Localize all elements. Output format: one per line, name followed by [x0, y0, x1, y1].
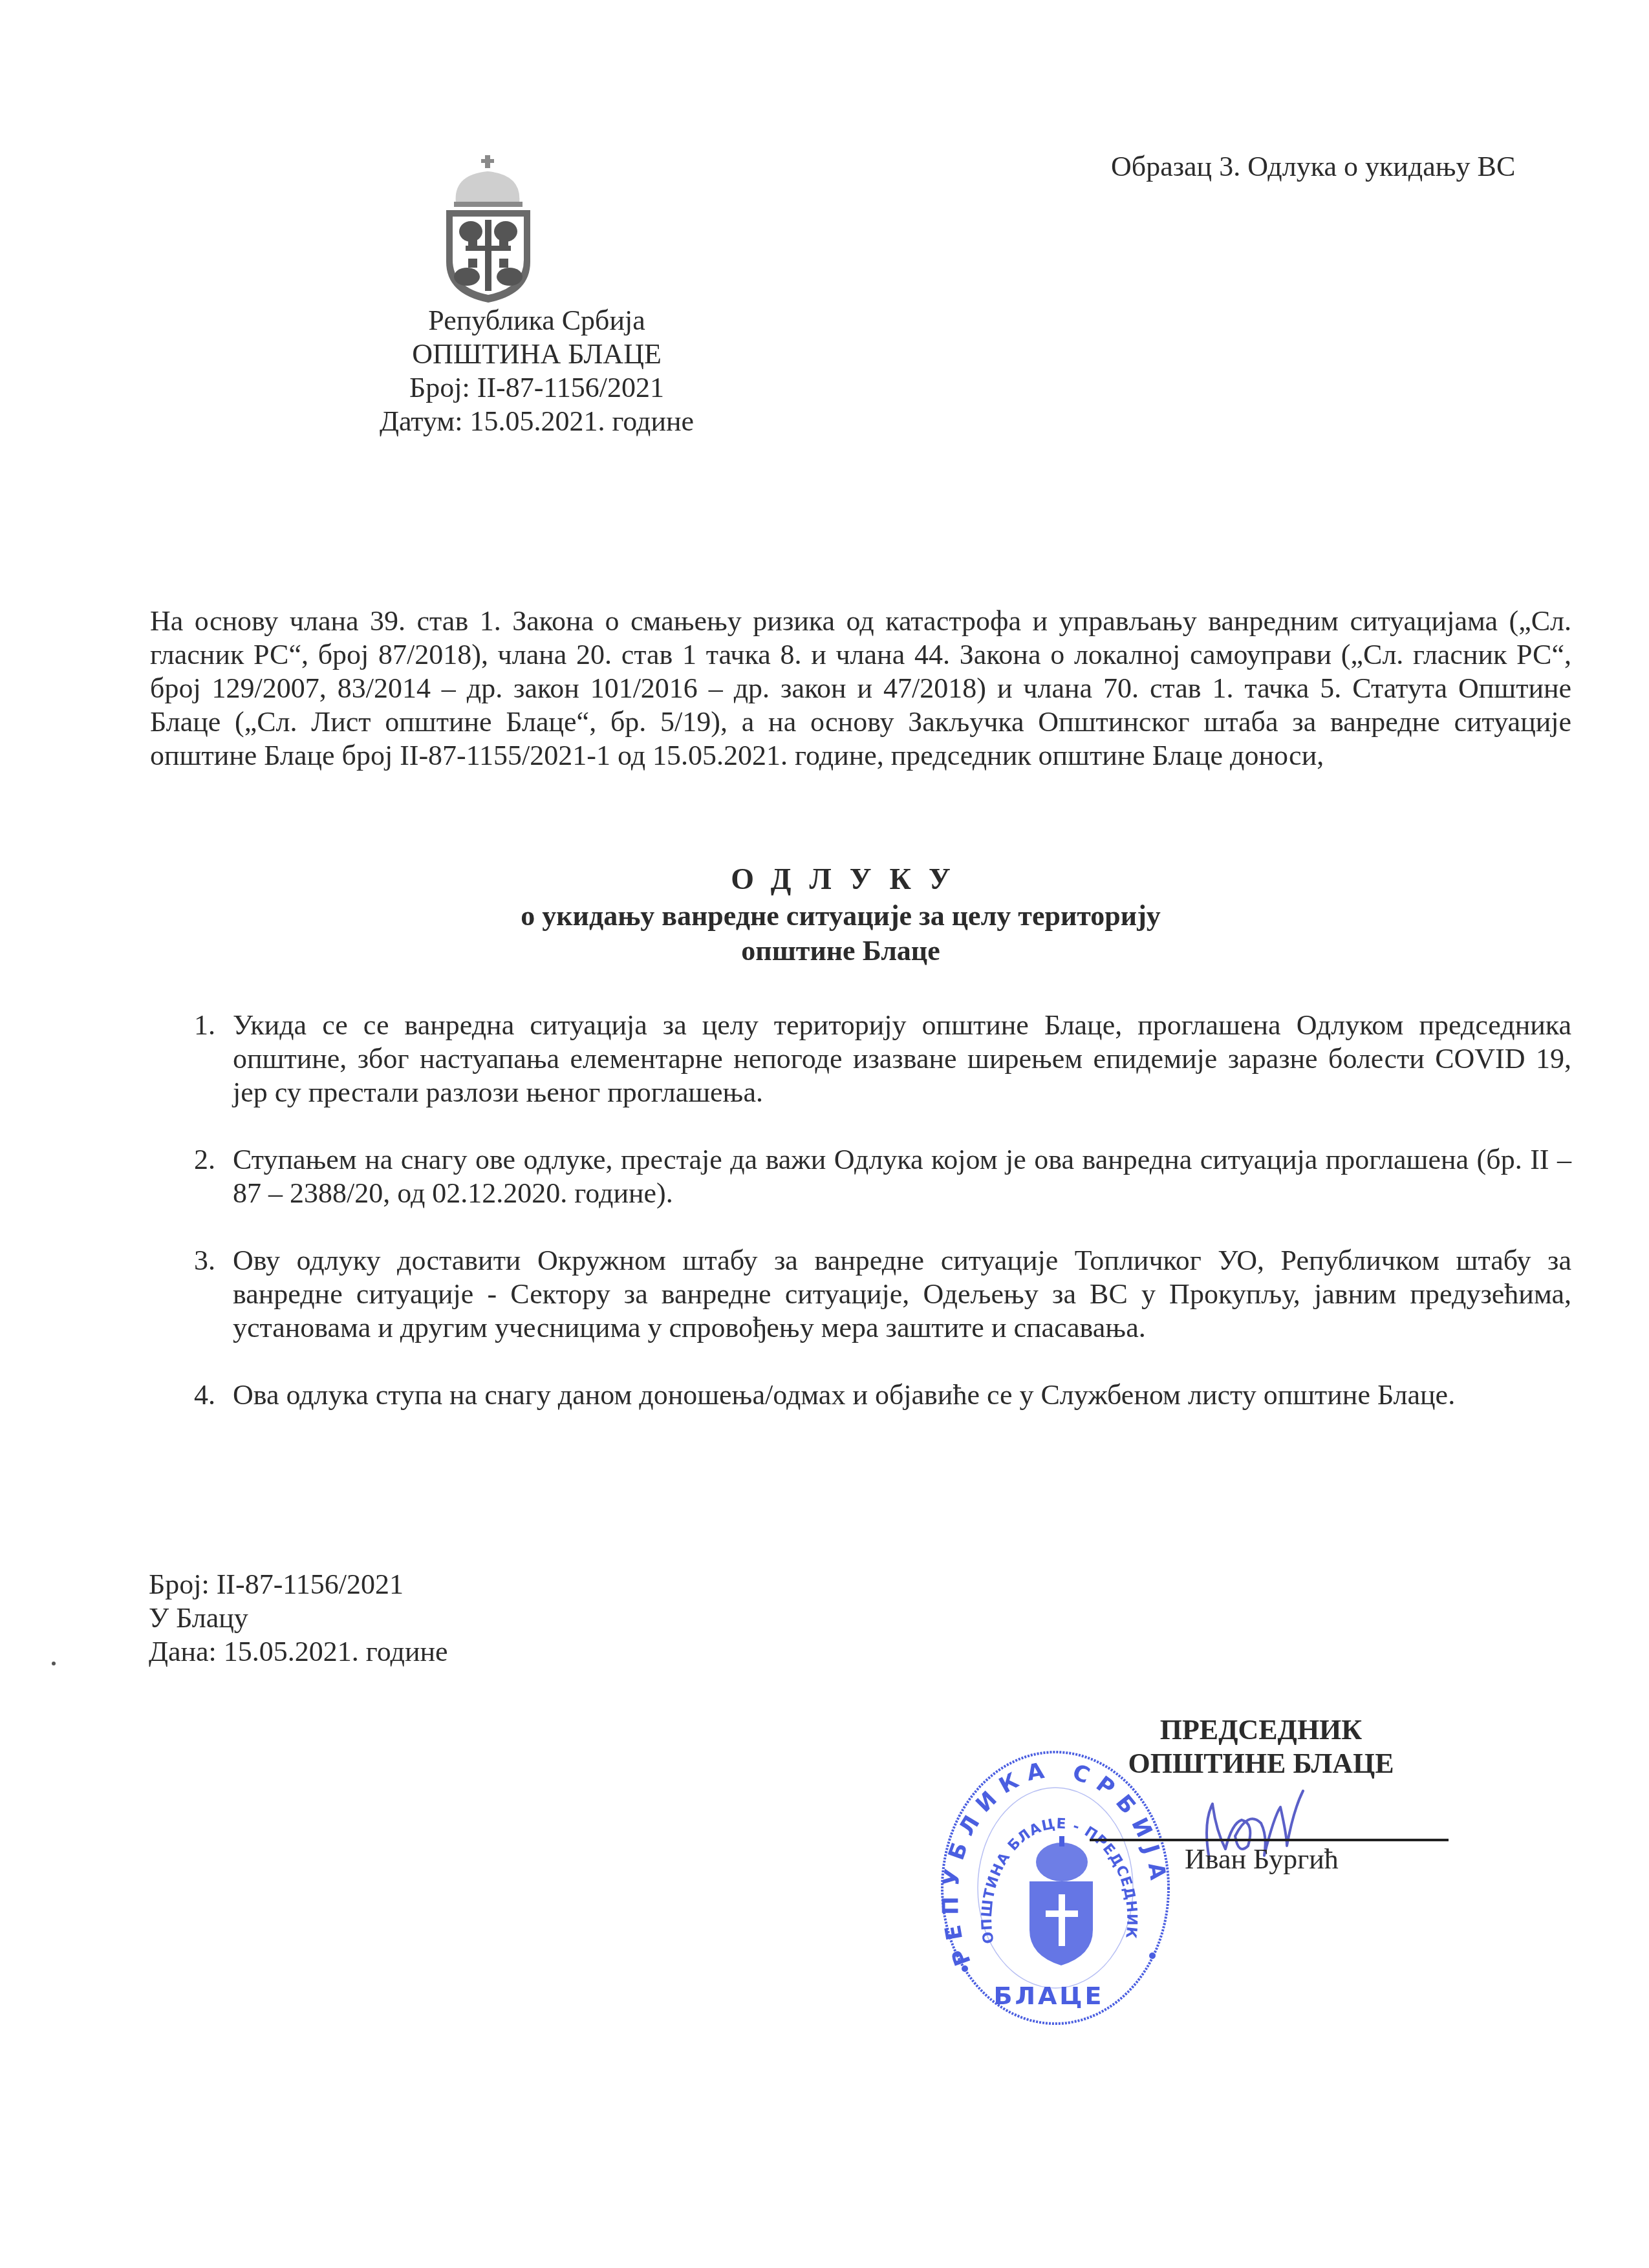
- decision-item: 3. Ову одлуку доставити Окружном штабу з…: [194, 1244, 1571, 1345]
- item-text: Ову одлуку доставити Окружном штабу за в…: [233, 1245, 1571, 1343]
- decision-subtitle-line2: општине Блаце: [453, 934, 1229, 968]
- document-date: Датум: 15.05.2021. године: [246, 405, 828, 438]
- decision-item: 2. Ступањем на снагу ове одлуке, престај…: [194, 1143, 1571, 1210]
- issuer-header: Република Србија ОПШТИНА БЛАЦЕ Број: II-…: [246, 304, 828, 438]
- footer-date: Дана: 15.05.2021. године: [149, 1635, 448, 1669]
- item-text: Укида се се ванредна ситуација за целу т…: [233, 1009, 1571, 1108]
- form-label: Образац 3. Одлука о укидању ВС: [1111, 150, 1515, 183]
- stamp-bottom-text: БЛАЦЕ: [993, 1982, 1104, 2010]
- stamp-emblem-icon: [1029, 1836, 1093, 1965]
- signatory-title-line1: ПРЕДСЕДНИК: [1099, 1713, 1423, 1747]
- signer-name: Иван Бургић: [1185, 1843, 1339, 1876]
- scan-speck: [52, 1662, 56, 1665]
- footer-place: У Блацу: [149, 1601, 448, 1635]
- signature-line: [1090, 1839, 1449, 1841]
- decision-items: 1. Укида се се ванредна ситуација за цел…: [194, 1009, 1571, 1446]
- decision-item: 1. Укида се се ванредна ситуација за цел…: [194, 1009, 1571, 1109]
- preamble-paragraph: На основу члана 39. став 1. Закона о сма…: [150, 604, 1571, 773]
- item-text: Ова одлука ступа на снагу даном доношења…: [233, 1379, 1455, 1411]
- item-number: 2.: [194, 1143, 215, 1177]
- document-number: Број: II-87-1156/2021: [246, 371, 828, 405]
- country-name: Република Србија: [246, 304, 828, 337]
- municipality-name: ОПШТИНА БЛАЦЕ: [246, 337, 828, 371]
- decision-heading: ОДЛУКУ о укидању ванредне ситуације за ц…: [453, 860, 1229, 968]
- footer-info: Број: II-87-1156/2021 У Блацу Дана: 15.0…: [149, 1568, 448, 1669]
- decision-title: ОДЛУКУ: [453, 860, 1229, 899]
- footer-number: Број: II-87-1156/2021: [149, 1568, 448, 1601]
- item-text: Ступањем на снагу ове одлуке, престаје д…: [233, 1144, 1571, 1209]
- official-stamp: РЕПУБЛИКА СРБИЈА ОПШТИНА БЛАЦЕ - ПРЕДСЕД…: [939, 1749, 1172, 2027]
- decision-subtitle: о укидању ванредне ситуације за целу тер…: [453, 899, 1229, 934]
- coat-of-arms-icon: [440, 149, 537, 304]
- item-number: 3.: [194, 1244, 215, 1278]
- decision-item: 4. Ова одлука ступа на снагу даном донош…: [194, 1378, 1571, 1412]
- item-number: 4.: [194, 1378, 215, 1412]
- item-number: 1.: [194, 1009, 215, 1042]
